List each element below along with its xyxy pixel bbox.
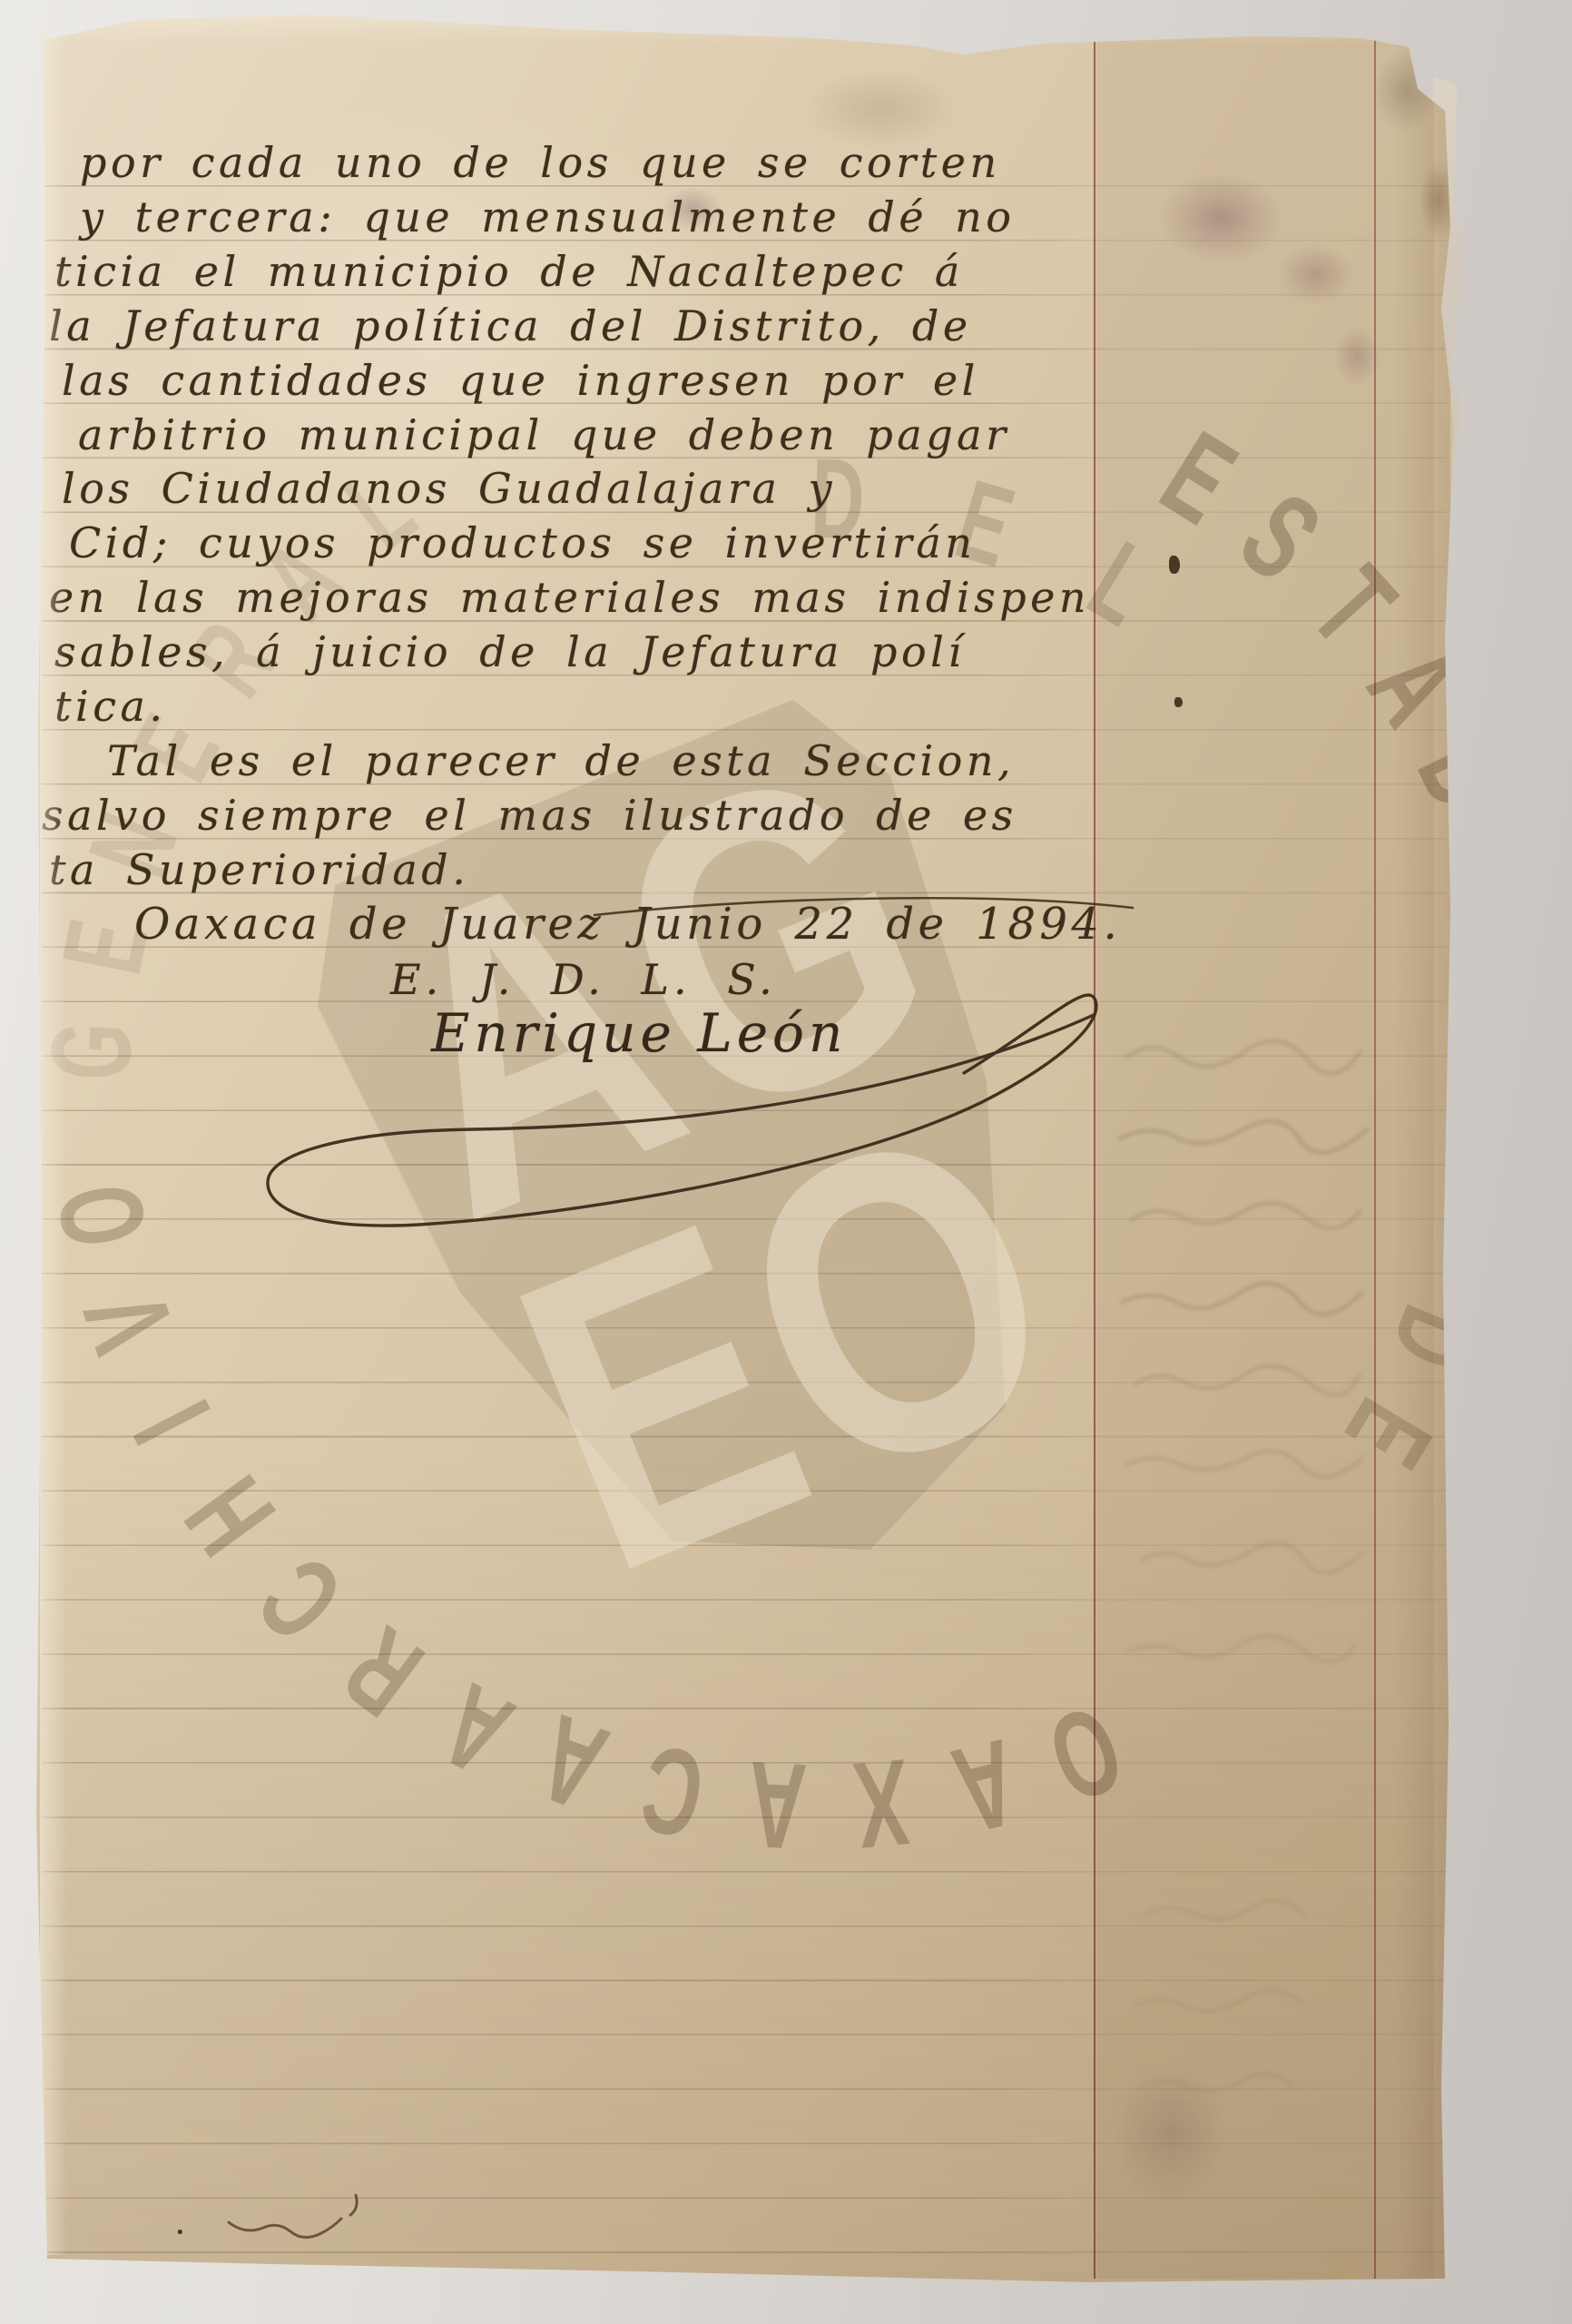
document-page: ARCHIVOGENERALDELESTADODEOAXACA AG EO po… bbox=[0, 0, 1572, 2324]
signature-flourish bbox=[0, 0, 1572, 2324]
ink-fleck bbox=[1174, 697, 1183, 707]
ink-fleck bbox=[1169, 556, 1180, 574]
ink-fleck bbox=[178, 2230, 182, 2234]
scan-canvas: ARCHIVOGENERALDELESTADODEOAXACA AG EO po… bbox=[0, 0, 1572, 2324]
